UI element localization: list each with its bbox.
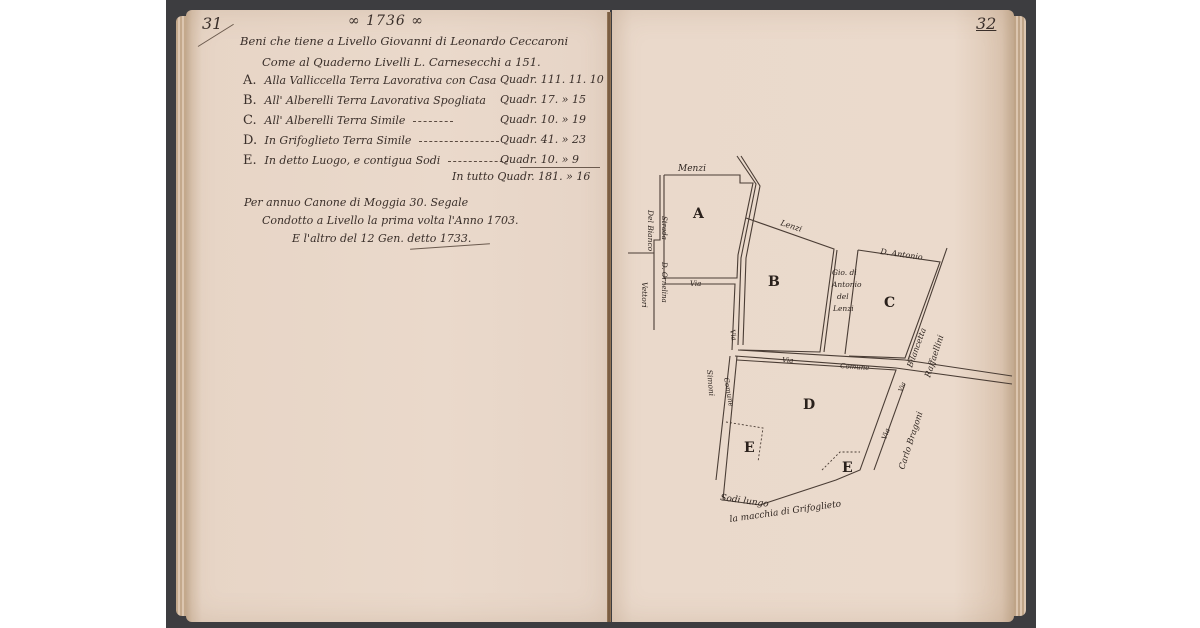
entry-description: Alla Valliccella Terra Lavorativa con Ca… [265,74,497,87]
entry-measure-a: Quadr. 111. 11. 10 [500,73,604,86]
map-label-via-right: Via [880,427,891,440]
dashed-leader [413,121,453,122]
map-label-via-comune-1: Via [782,356,794,365]
entry-measure-e: Quadr. 10. » 9 [500,153,579,166]
map-label-lenzi-2: Lenzi [832,304,854,313]
entry-row-e: E. In detto Luogo, e contigua Sodi [243,153,512,168]
parcel-a-label: A [692,206,705,222]
entry-description: All' Alberelli Terra Simile [265,114,406,127]
entry-description: All' Alberelli Terra Lavorativa Spogliat… [265,94,486,107]
map-label-strada: Strada [660,216,668,240]
entry-description: In detto Luogo, e contigua Sodi [265,154,441,167]
map-label-del: del [837,292,849,301]
entry-letter: B. [243,93,261,108]
entry-row-d: D. In Grifoglieto Terra Simile [243,133,503,148]
total-value: 181. » 16 [538,170,590,183]
map-label-sodi-lungo: Sodi lungo [720,493,770,510]
map-label-gio-di: Gio. di [832,268,857,277]
property-map: A B C D E E Menzi Lenzi D. Antonio Gio. … [612,10,1014,622]
flourish-left-icon: ∞ [348,13,361,29]
entry-value: 10. » 9 [541,153,579,166]
heading-line-2: Come al Quaderno Livelli L. Carnesecchi … [262,55,541,69]
map-label-del-bianco: Del Bianco [646,209,655,252]
entry-measure-d: Quadr. 41. » 23 [500,133,586,146]
entry-value: 41. » 23 [541,133,586,146]
map-label-lenzi: Lenzi [778,218,803,234]
parcel-b-outline [740,218,834,352]
map-label-via-left: Via [690,280,701,288]
right-page-edges [1012,16,1026,616]
entry-letter: C. [243,113,261,128]
flourish-right-icon: ∞ [411,13,424,29]
parcel-b-label: B [768,274,780,290]
entry-measure-b: Quadr. 17. » 15 [500,93,586,106]
parcel-c-label: C [884,295,895,311]
entry-description: In Grifoglieto Terra Simile [265,134,412,147]
heading-line-1: Beni che tiene a Livello Giovanni di Leo… [240,34,568,48]
map-label-d-antonio: D. Antonio [879,247,924,262]
map-label-d-ornelina: D. Ornelina [660,261,668,303]
entry-value: 10. » 19 [541,113,586,126]
parcel-e2-label: E [842,460,853,476]
folio-number-left: 31 [202,14,222,33]
parcel-d-outline [723,360,896,505]
map-label-via-vertical: Via [728,329,738,342]
entry-letter: A. [243,73,261,88]
map-label-comune-vertical: Comune [722,377,735,407]
parcel-e1-label: E [744,440,755,456]
year-heading: ∞ 1736 ∞ [348,13,424,29]
total-row: In tutto Quadr. 181. » 16 [452,170,590,183]
entry-value: 17. » 15 [541,93,586,106]
note-line-3: E l'altro del 12 Gen. detto 1733. [292,232,471,245]
entry-measure-c: Quadr. 10. » 19 [500,113,586,126]
entry-unit: Quadr. [500,73,537,86]
map-label-vettori: Vettori [640,282,649,308]
map-label-menzi: Menzi [677,164,706,174]
parcel-a-outline [664,175,753,278]
entry-row-a: A. Alla Valliccella Terra Lavorativa con… [243,73,496,88]
dashed-leader [448,161,508,162]
entry-unit: Quadr. [500,113,537,126]
entry-letter: D. [243,133,261,148]
parcel-d-label: D [803,397,815,413]
book-gutter [607,12,611,622]
map-label-via-vert-right: Via [897,381,907,393]
map-label-simoni: Simoni [705,369,716,397]
entry-letter: E. [243,153,261,168]
entry-unit: Quadr. [500,153,537,166]
entry-unit: Quadr. [500,133,537,146]
entry-row-b: B. All' Alberelli Terra Lavorativa Spogl… [243,93,486,108]
entry-value: 111. 11. 10 [541,73,604,86]
entry-row-c: C. All' Alberelli Terra Simile [243,113,457,128]
year-text: 1736 [366,13,406,29]
note-line-1: Per annuo Canone di Moggia 30. Segale [244,196,468,209]
map-label-antonio: Antonio [831,280,862,289]
map-lines [628,156,1012,505]
total-label: In tutto Quadr. [452,170,535,183]
map-label-via-comune-2: Comune [840,362,870,372]
total-rule [520,167,600,168]
dashed-leader [419,141,499,142]
entry-unit: Quadr. [500,93,537,106]
note-line-2: Condotto a Livello la prima volta l'Anno… [262,214,518,227]
map-label-carlo-bragoni: Carlo Bragoni [897,410,925,471]
